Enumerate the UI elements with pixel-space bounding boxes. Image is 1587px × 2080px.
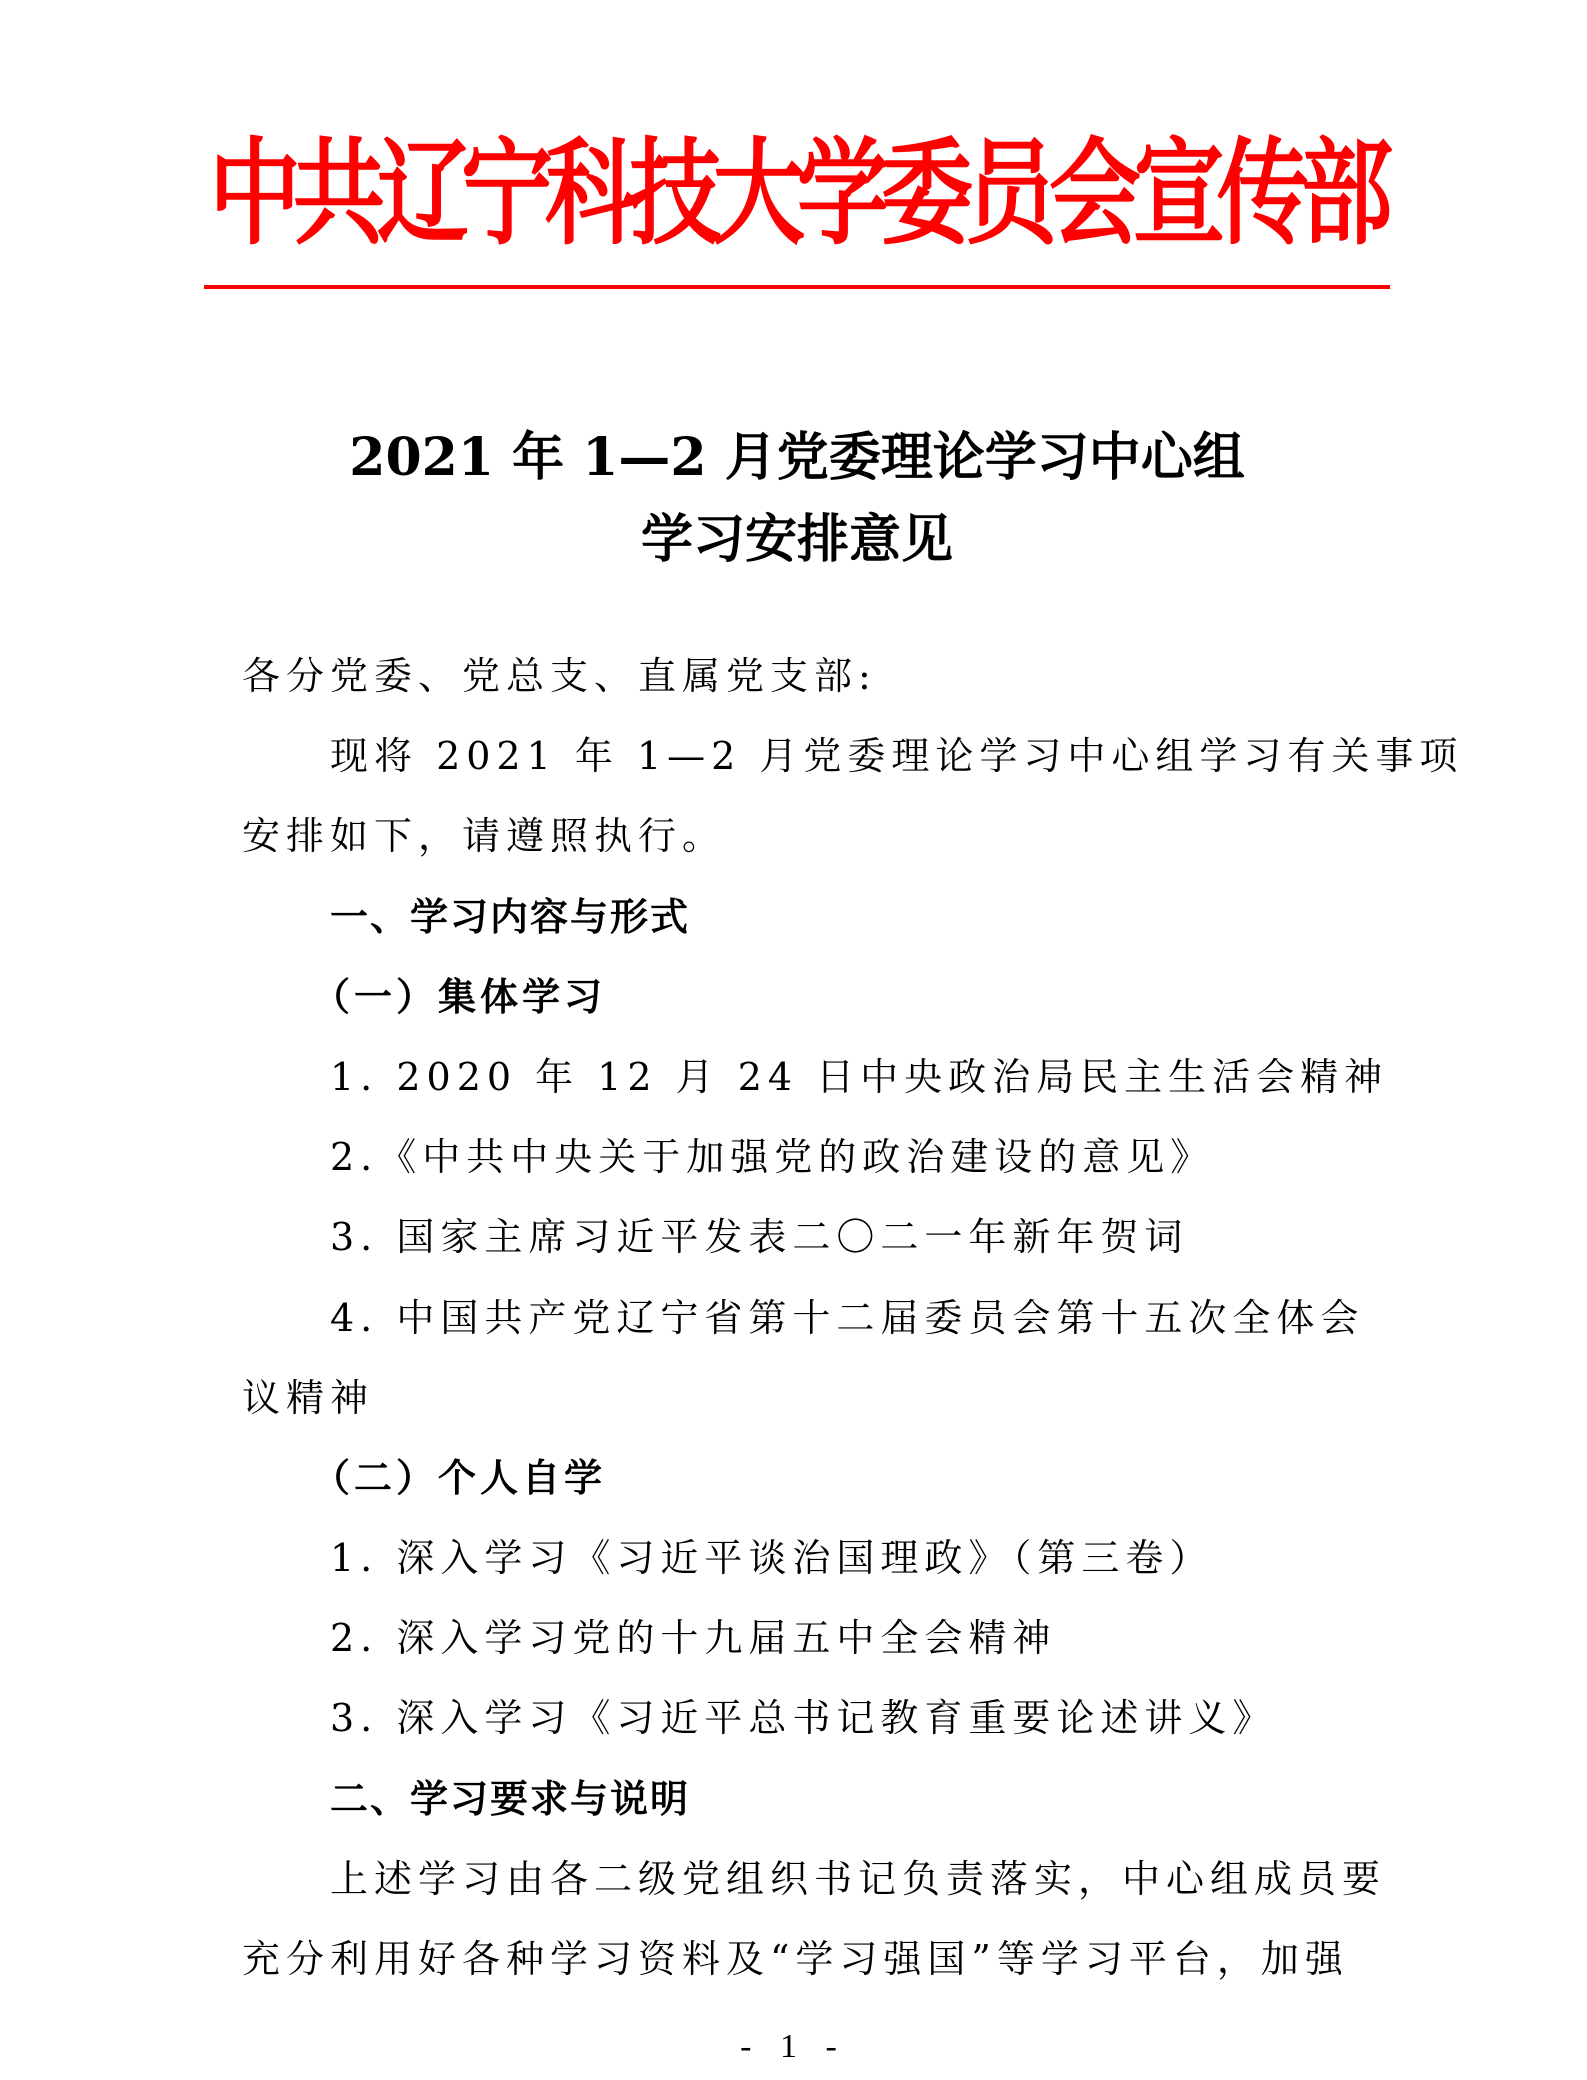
masthead-title: 中共辽宁科技大学委员会宣传部: [204, 112, 1390, 275]
document-title-line2: 学习安排意见: [204, 500, 1390, 580]
self-study-item-1: 1. 深入学习《习近平谈治国理政》（第三卷）: [242, 1518, 1352, 1598]
group-study-item-3: 3. 国家主席习近平发表二〇二一年新年贺词: [242, 1197, 1352, 1277]
document-body: 各分党委、党总支、直属党支部: 现将 2021 年 1—2 月党委理论学习中心组…: [242, 636, 1352, 1999]
self-study-item-2: 2. 深入学习党的十九届五中全会精神: [242, 1598, 1352, 1678]
self-study-item-3: 3. 深入学习《习近平总书记教育重要论述讲义》: [242, 1678, 1352, 1758]
masthead-divider: [204, 285, 1390, 289]
group-study-item-1: 1. 2020 年 12 月 24 日中央政治局民主生活会精神: [242, 1037, 1352, 1117]
section2-paragraph-line1: 上述学习由各二级党组织书记负责落实，中心组成员要: [242, 1839, 1352, 1919]
intro-paragraph-line1: 现将 2021 年 1—2 月党委理论学习中心组学习有关事项: [242, 716, 1352, 796]
intro-paragraph-line2: 安排如下，请遵照执行。: [242, 796, 1352, 876]
page-number: - 1 -: [0, 2028, 1587, 2066]
group-study-item-2: 2.《中共中央关于加强党的政治建设的意见》: [242, 1117, 1352, 1197]
section1-heading: 一、学习内容与形式: [242, 877, 1352, 957]
section2-heading: 二、学习要求与说明: [242, 1759, 1352, 1839]
salutation: 各分党委、党总支、直属党支部:: [242, 636, 1352, 716]
document-page: 中共辽宁科技大学委员会宣传部 2021 年 1—2 月党委理论学习中心组 学习安…: [0, 0, 1587, 2080]
self-study-heading: （二）个人自学: [242, 1438, 1352, 1518]
document-title-line1: 2021 年 1—2 月党委理论学习中心组: [204, 418, 1390, 498]
group-study-heading: （一）集体学习: [242, 957, 1352, 1037]
section2-paragraph-line2: 充分利用好各种学习资料及“学习强国”等学习平台，加强: [242, 1919, 1352, 1999]
group-study-item-4-continued: 议精神: [242, 1358, 1352, 1438]
group-study-item-4: 4. 中国共产党辽宁省第十二届委员会第十五次全体会: [242, 1278, 1352, 1358]
